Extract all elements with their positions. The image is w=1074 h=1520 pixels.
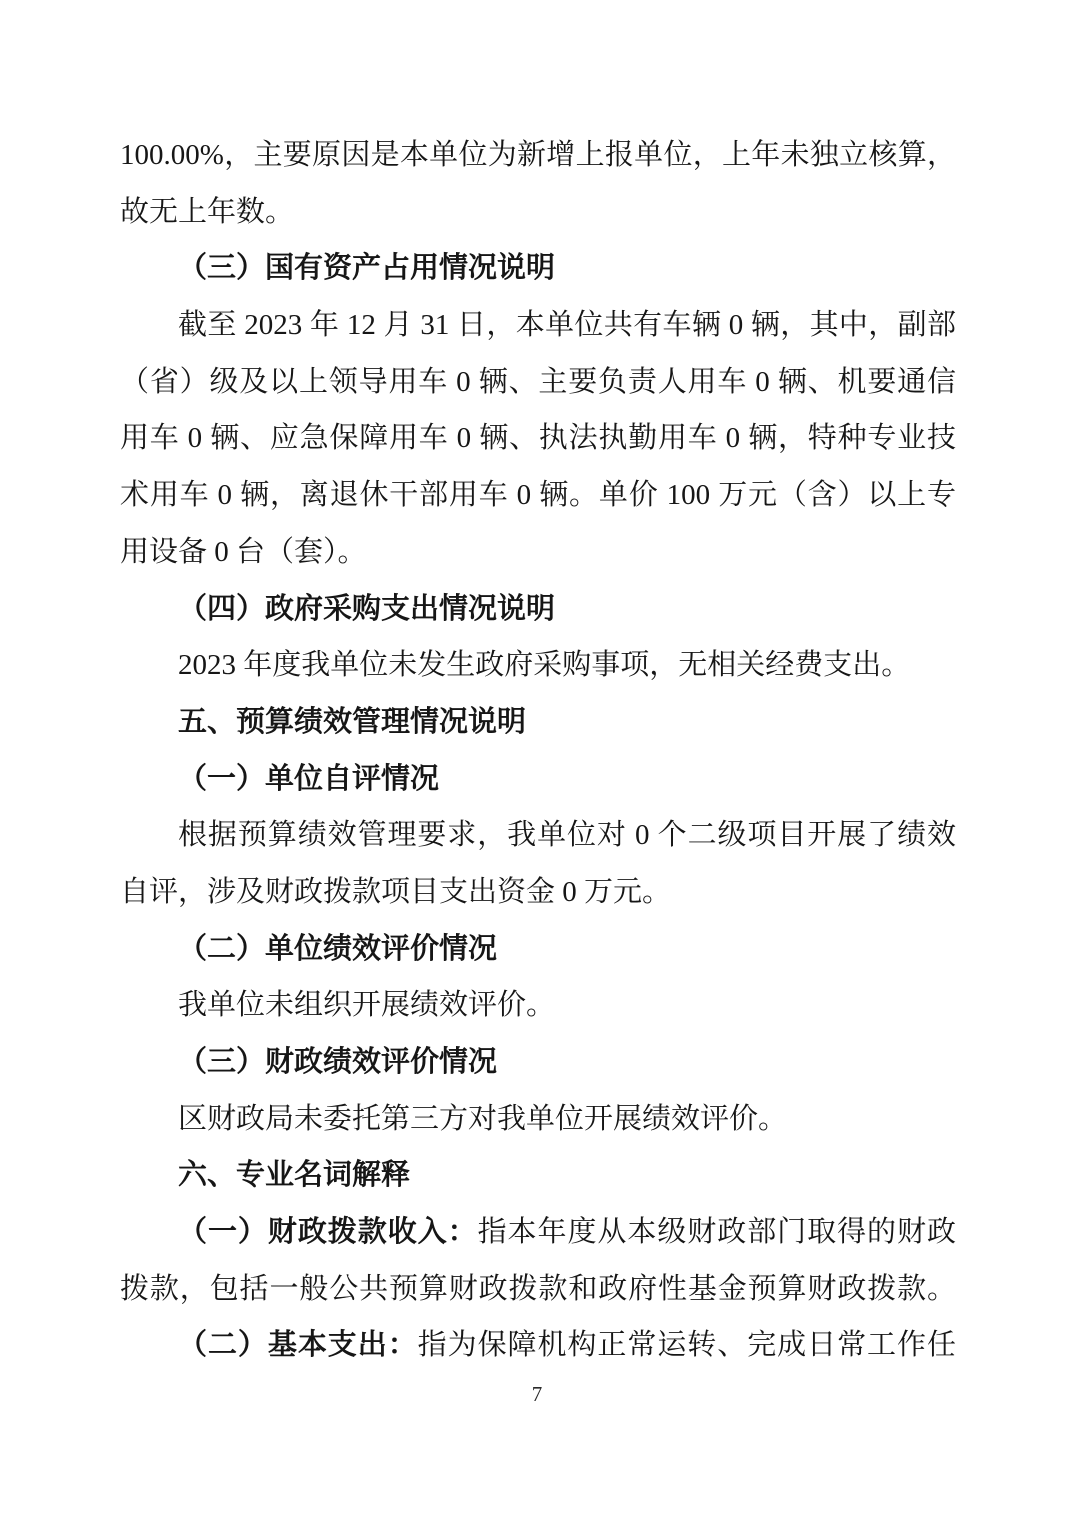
body-line: 用车 0 辆、应急保障用车 0 辆、执法执勤用车 0 辆，特种专业技: [120, 410, 956, 467]
subsection-heading: （三）国有资产占用情况说明: [120, 240, 956, 297]
subsection-heading: （一）单位自评情况: [120, 751, 956, 808]
body-line: 故无上年数。: [120, 184, 956, 241]
body-line: （省）级及以上领导用车 0 辆、主要负责人用车 0 辆、机要通信: [120, 354, 956, 411]
term-definition: 指为保障机构正常运转、完成日常工作任: [418, 1329, 956, 1361]
document-body: 100.00%，主要原因是本单位为新增上报单位，上年未独立核算， 故无上年数。 …: [120, 127, 956, 1374]
body-line: 术用车 0 辆，离退休干部用车 0 辆。单价 100 万元（含）以上专: [120, 467, 956, 524]
section-heading: 五、预算绩效管理情况说明: [120, 694, 956, 751]
body-line: 截至 2023 年 12 月 31 日，本单位共有车辆 0 辆，其中，副部: [120, 297, 956, 354]
page-number: 7: [0, 1378, 1074, 1410]
body-line: 用设备 0 台（套）。: [120, 524, 956, 581]
body-line: （二）基本支出：指为保障机构正常运转、完成日常工作任: [120, 1317, 956, 1374]
body-line: 根据预算绩效管理要求，我单位对 0 个二级项目开展了绩效: [120, 807, 956, 864]
body-line: 我单位未组织开展绩效评价。: [120, 977, 956, 1034]
term-label: （二）基本支出：: [178, 1329, 418, 1361]
term-definition: 指本年度从本级财政部门取得的财政: [478, 1216, 956, 1248]
term-label: （一）财政拨款收入：: [178, 1216, 478, 1248]
subsection-heading: （二）单位绩效评价情况: [120, 921, 956, 978]
body-line: （一）财政拨款收入：指本年度从本级财政部门取得的财政: [120, 1204, 956, 1261]
body-line: 100.00%，主要原因是本单位为新增上报单位，上年未独立核算，: [120, 127, 956, 184]
section-heading: 六、专业名词解释: [120, 1147, 956, 1204]
document-page: 100.00%，主要原因是本单位为新增上报单位，上年未独立核算， 故无上年数。 …: [0, 0, 1074, 1520]
subsection-heading: （三）财政绩效评价情况: [120, 1034, 956, 1091]
body-line: 区财政局未委托第三方对我单位开展绩效评价。: [120, 1091, 956, 1148]
subsection-heading: （四）政府采购支出情况说明: [120, 581, 956, 638]
body-line: 自评，涉及财政拨款项目支出资金 0 万元。: [120, 864, 956, 921]
body-line: 拨款，包括一般公共预算财政拨款和政府性基金预算财政拨款。: [120, 1261, 956, 1318]
body-line: 2023 年度我单位未发生政府采购事项，无相关经费支出。: [120, 637, 956, 694]
